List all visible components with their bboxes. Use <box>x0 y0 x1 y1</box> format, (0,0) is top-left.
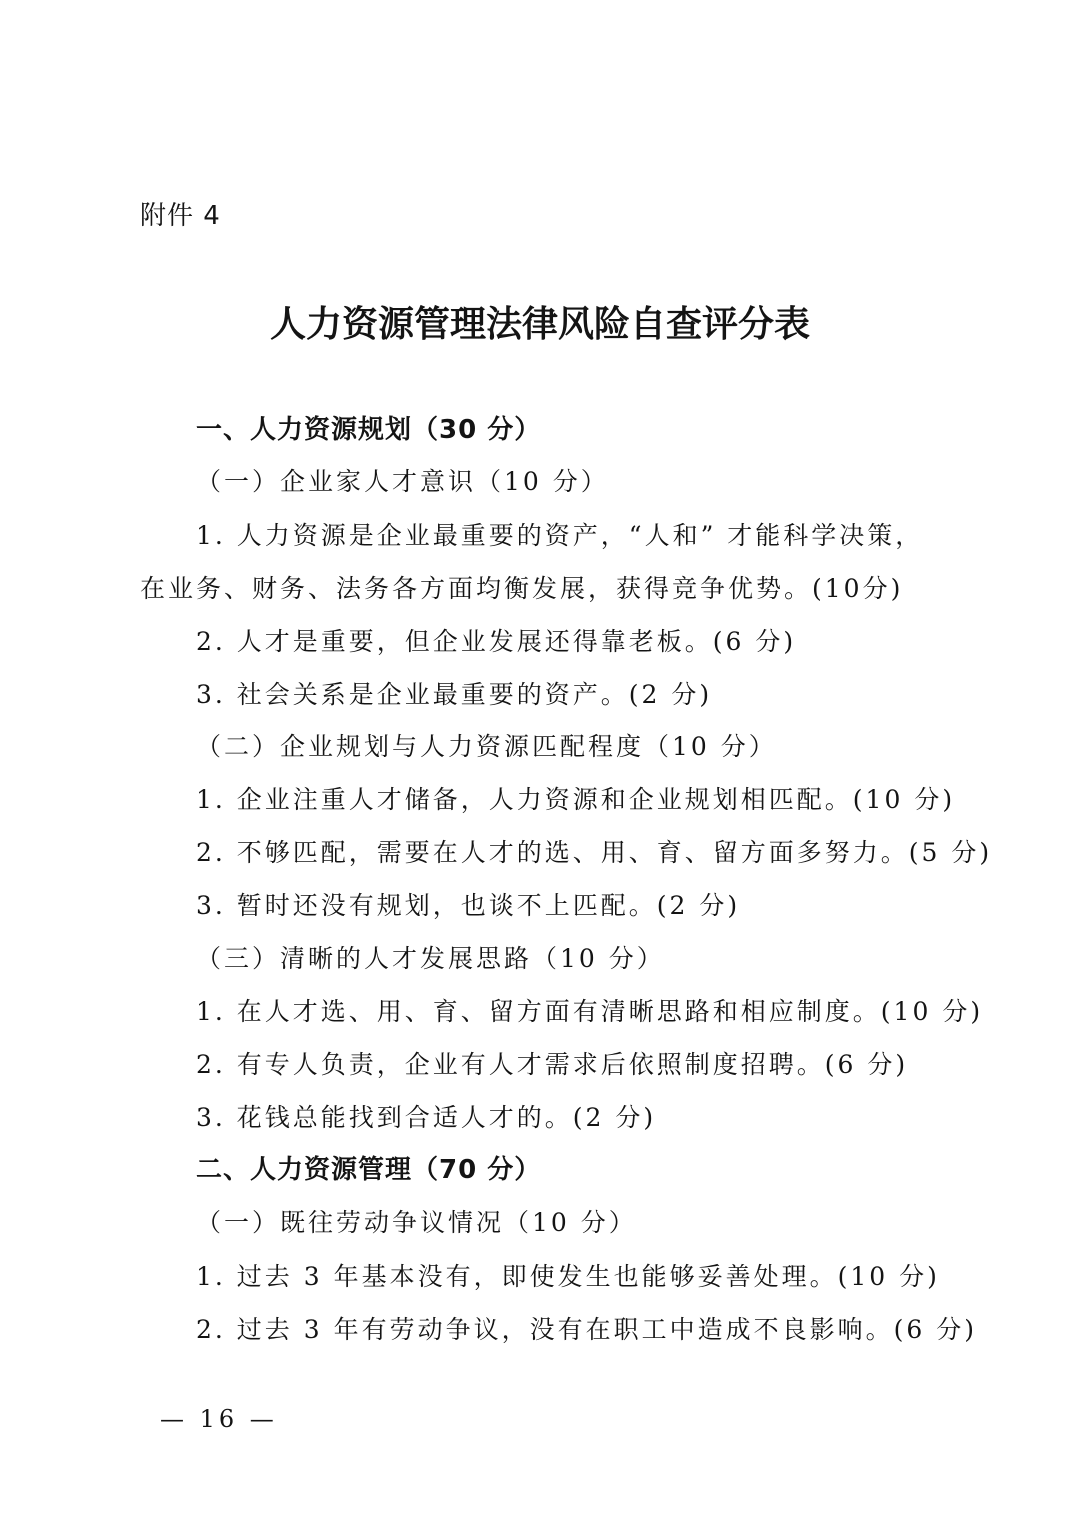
document-page: 附件 4 人力资源管理法律风险自查评分表 一、人力资源规划（30 分） （一）企… <box>0 0 1080 1527</box>
attachment-label: 附件 4 <box>140 200 221 232</box>
subsection-heading-labor-disputes: （一）既往劳动争议情况（10 分） <box>196 1207 637 1239</box>
list-item: 3. 暂时还没有规划，也谈不上匹配。(2 分) <box>196 890 740 922</box>
subsection-heading-entrepreneur-talent-awareness: （一）企业家人才意识（10 分） <box>196 466 609 498</box>
list-item: 1. 人力资源是企业最重要的资产，“人和” 才能科学决策， <box>196 520 923 552</box>
list-item: 1. 过去 3 年基本没有，即使发生也能够妥善处理。(10 分) <box>196 1261 940 1293</box>
section-heading-hr-management: 二、人力资源管理（70 分） <box>196 1154 541 1186</box>
list-item-continuation: 在业务、财务、法务各方面均衡发展，获得竞争优势。(10分) <box>140 573 903 605</box>
list-item: 3. 社会关系是企业最重要的资产。(2 分) <box>196 679 712 711</box>
list-item: 3. 花钱总能找到合适人才的。(2 分) <box>196 1102 656 1134</box>
list-item: 1. 企业注重人才储备，人力资源和企业规划相匹配。(10 分) <box>196 784 955 816</box>
list-item: 2. 不够匹配，需要在人才的选、用、育、留方面多努力。(5 分) <box>196 837 992 869</box>
subsection-heading-planning-match: （二）企业规划与人力资源匹配程度（10 分） <box>196 731 777 763</box>
subsection-heading-talent-development: （三）清晰的人才发展思路（10 分） <box>196 943 665 975</box>
section-heading-hr-planning: 一、人力资源规划（30 分） <box>196 414 541 446</box>
list-item: 1. 在人才选、用、育、留方面有清晰思路和相应制度。(10 分) <box>196 996 983 1028</box>
document-title: 人力资源管理法律风险自查评分表 <box>270 302 810 346</box>
list-item: 2. 有专人负责，企业有人才需求后依照制度招聘。(6 分) <box>196 1049 908 1081</box>
page-number: — 16 — <box>160 1403 278 1435</box>
list-item: 2. 过去 3 年有劳动争议，没有在职工中造成不良影响。(6 分) <box>196 1314 977 1346</box>
list-item: 2. 人才是重要，但企业发展还得靠老板。(6 分) <box>196 626 796 658</box>
